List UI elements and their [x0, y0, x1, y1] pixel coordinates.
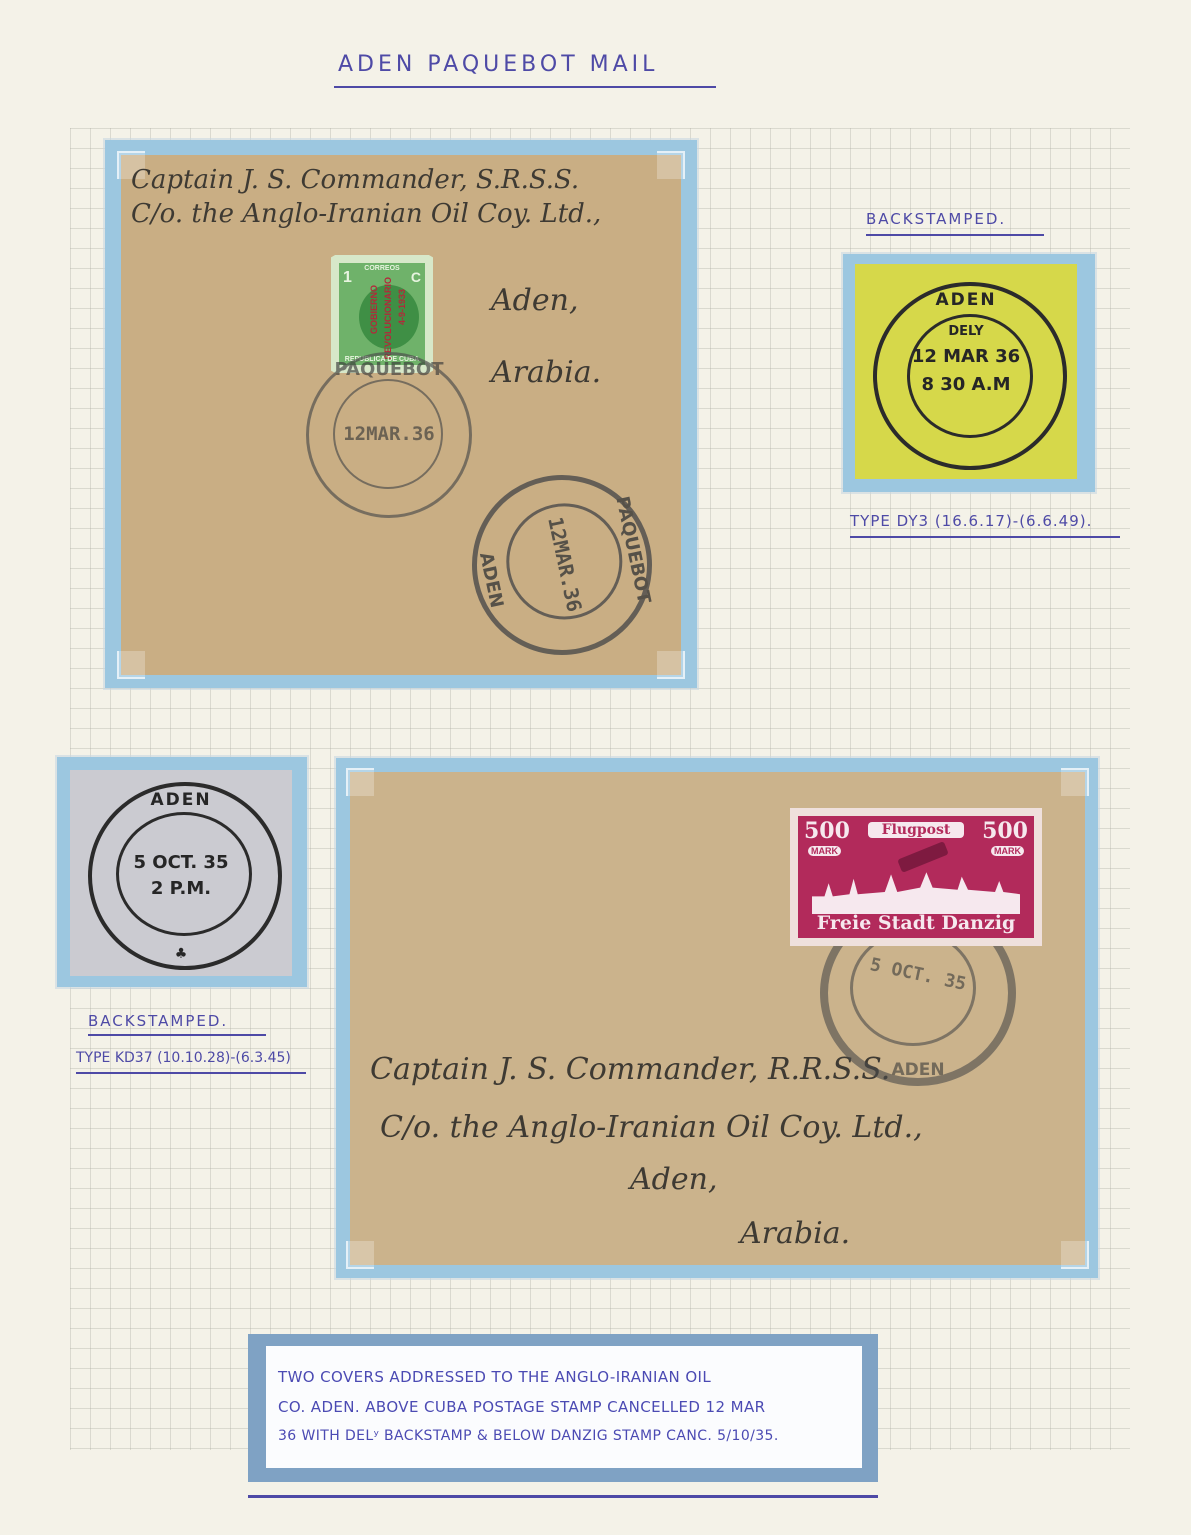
- stamp-value: 1: [343, 269, 352, 287]
- photo-corner: [1061, 768, 1089, 796]
- stamp-value: 500: [982, 818, 1028, 844]
- address-line: Arabia.: [491, 355, 601, 390]
- caption-card: TWO COVERS ADDRESSED TO THE ANGLO-IRANIA…: [266, 1346, 862, 1468]
- address-line: Aden,: [630, 1162, 717, 1197]
- stamp-face: CORREOS 1 C GOBIERNO REVOLUCIONARIO 4-9-…: [339, 263, 425, 365]
- caption-line: CO. ADEN. ABOVE CUBA POSTAGE STAMP CANCE…: [278, 1398, 765, 1416]
- stamp-banner: Flugpost: [868, 822, 964, 838]
- backstamped-heading: BACKSTAMPED.: [866, 210, 1006, 228]
- cancel-ring-text: ADEN: [828, 1060, 1008, 1080]
- backstamp-sub: DELY: [855, 324, 1077, 339]
- stamp-face: 500 500 MARK MARK Flugpost Freie Stadt D…: [798, 816, 1034, 938]
- stamp-currency: C: [411, 269, 421, 285]
- address-line: Arabia.: [740, 1216, 850, 1251]
- paquebot-cancel: PAQUEBOT 12MAR.36: [306, 352, 472, 518]
- backstamp-type-note: TYPE DY3 (16.6.17)-(6.6.49).: [850, 512, 1092, 530]
- skyline: [812, 870, 1020, 914]
- photo-corner: [346, 1241, 374, 1269]
- photo-corner: [117, 651, 145, 679]
- address-line: Captain J. S. Commander, S.R.S.S.: [131, 165, 579, 195]
- page-title: ADEN PAQUEBOT MAIL: [338, 52, 658, 77]
- caption-line: TWO COVERS ADDRESSED TO THE ANGLO-IRANIA…: [278, 1368, 711, 1386]
- note-underline: [76, 1072, 306, 1074]
- backstamp-time: 2 P.M.: [70, 878, 292, 899]
- backstamp-date: 12 MAR 36: [855, 346, 1077, 367]
- photo-corner: [346, 768, 374, 796]
- stamp-unit: MARK: [991, 846, 1024, 856]
- club-icon: ♣: [70, 946, 292, 962]
- overprint-line: GOBIERNO: [369, 285, 379, 334]
- backstamp-office: ADEN: [855, 290, 1077, 310]
- bottom-rule: [248, 1495, 878, 1498]
- album-page: ADEN PAQUEBOT MAIL Captain J. S. Command…: [0, 0, 1191, 1535]
- stamp-value: 500: [804, 818, 850, 844]
- backstamp-time: 8 30 A.M: [855, 374, 1077, 395]
- backstamp-top[interactable]: ADEN DELY 12 MAR 36 8 30 A.M: [855, 264, 1077, 479]
- backstamp-office: ADEN: [70, 790, 292, 810]
- photo-corner: [1061, 1241, 1089, 1269]
- address-line: C/o. the Anglo-Iranian Oil Coy. Ltd.,: [131, 199, 601, 229]
- address-line: C/o. the Anglo-Iranian Oil Coy. Ltd.,: [380, 1110, 923, 1145]
- caption-line: 36 WITH DELʸ BACKSTAMP & BELOW DANZIG ST…: [278, 1428, 779, 1444]
- overprint-line: REVOLUCIONARIO: [383, 277, 393, 360]
- cancel-date: 12MAR.36: [309, 423, 469, 445]
- stamp-name: Freie Stadt Danzig: [798, 912, 1034, 934]
- airplane-icon: [897, 841, 949, 873]
- danzig-stamp[interactable]: 500 500 MARK MARK Flugpost Freie Stadt D…: [790, 808, 1042, 946]
- title-underline: [334, 86, 716, 88]
- overprint-line: 4-9-1933: [397, 289, 407, 325]
- backstamp-type-note: TYPE KD37 (10.10.28)-(6.3.45): [76, 1050, 291, 1066]
- photo-corner: [657, 651, 685, 679]
- backstamp-date: 5 OCT. 35: [70, 852, 292, 873]
- backstamp-bottom[interactable]: ADEN 5 OCT. 35 2 P.M. ♣: [70, 770, 292, 976]
- note-underline: [850, 536, 1120, 538]
- cancel-ring-text: PAQUEBOT: [309, 359, 469, 380]
- backstamped-heading: BACKSTAMPED.: [88, 1012, 228, 1030]
- photo-corner: [657, 151, 685, 179]
- stamp-unit: MARK: [808, 846, 841, 856]
- heading-underline: [866, 234, 1044, 236]
- address-line: Aden,: [491, 283, 578, 318]
- heading-underline: [88, 1034, 266, 1036]
- address-line: Captain J. S. Commander, R.R.S.S.: [370, 1052, 890, 1087]
